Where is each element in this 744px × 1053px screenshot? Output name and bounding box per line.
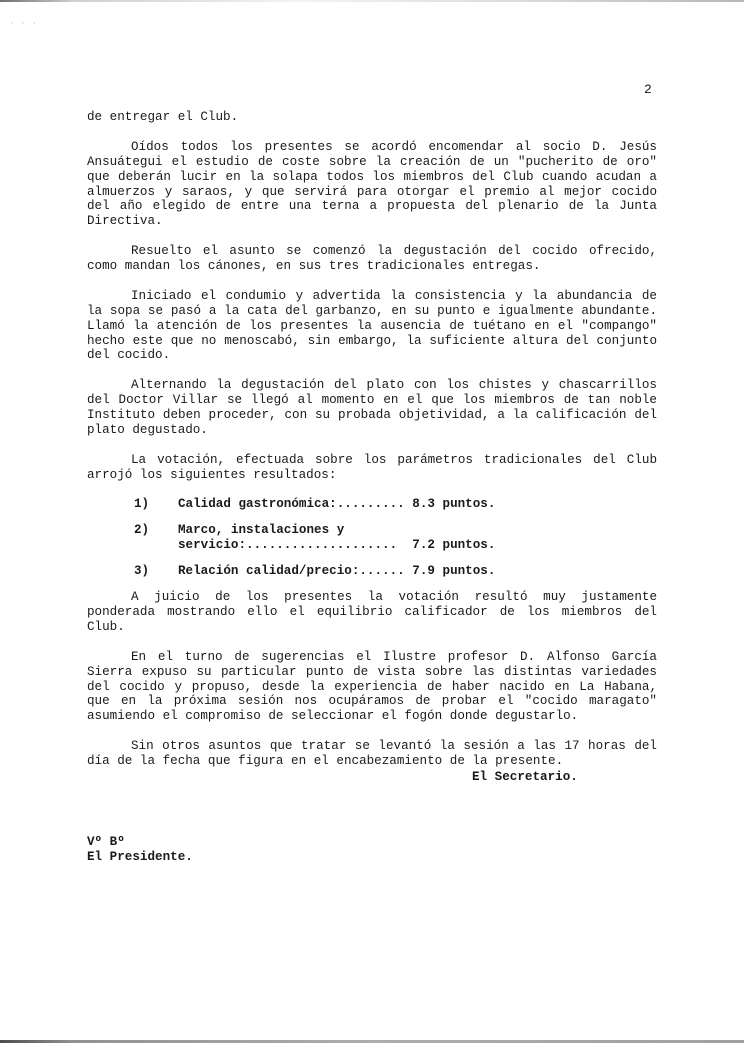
result-number: 2)	[134, 523, 178, 553]
result-text: Relación calidad/precio:...... 7.9 punto…	[178, 564, 495, 579]
approval-block: Vº Bº El Presidente.	[87, 835, 657, 865]
results-list: 1) Calidad gastronómica:......... 8.3 pu…	[87, 497, 657, 579]
paragraph-condumio: Iniciado el condumio y advertida la cons…	[87, 289, 657, 364]
document-body: de entregar el Club. Oídos todos los pre…	[87, 110, 657, 865]
result-number: 3)	[134, 564, 178, 579]
result-item: 1) Calidad gastronómica:......... 8.3 pu…	[87, 497, 657, 512]
result-text: Calidad gastronómica:......... 8.3 punto…	[178, 497, 495, 512]
page-number: 2	[644, 82, 652, 97]
paragraph-cierre: Sin otros asuntos que tratar se levantó …	[87, 739, 657, 769]
result-item: 3) Relación calidad/precio:...... 7.9 pu…	[87, 564, 657, 579]
result-text: Marco, instalaciones y servicio:........…	[178, 523, 495, 553]
paragraph-juicio: A juicio de los presentes la votación re…	[87, 590, 657, 635]
paragraph-calificacion: Alternando la degustación del plato con …	[87, 378, 657, 438]
scan-corner-marks: · · ·	[10, 20, 38, 27]
paragraph-sugerencias: En el turno de sugerencias el Ilustre pr…	[87, 650, 657, 725]
president-signature: El Presidente.	[87, 850, 657, 865]
result-number: 1)	[134, 497, 178, 512]
secretary-signature: El Secretario.	[472, 770, 657, 785]
paragraph-votacion: La votación, efectuada sobre los parámet…	[87, 453, 657, 483]
paragraph-degustacion: Resuelto el asunto se comenzó la degusta…	[87, 244, 657, 274]
page-bottom-edge	[0, 1040, 744, 1043]
page-top-edge	[0, 0, 744, 2]
paragraph-continuation: de entregar el Club.	[87, 110, 657, 125]
paragraph-pucherito: Oídos todos los presentes se acordó enco…	[87, 140, 657, 229]
vobo-label: Vº Bº	[87, 835, 657, 850]
result-item: 2) Marco, instalaciones y servicio:.....…	[87, 523, 657, 553]
